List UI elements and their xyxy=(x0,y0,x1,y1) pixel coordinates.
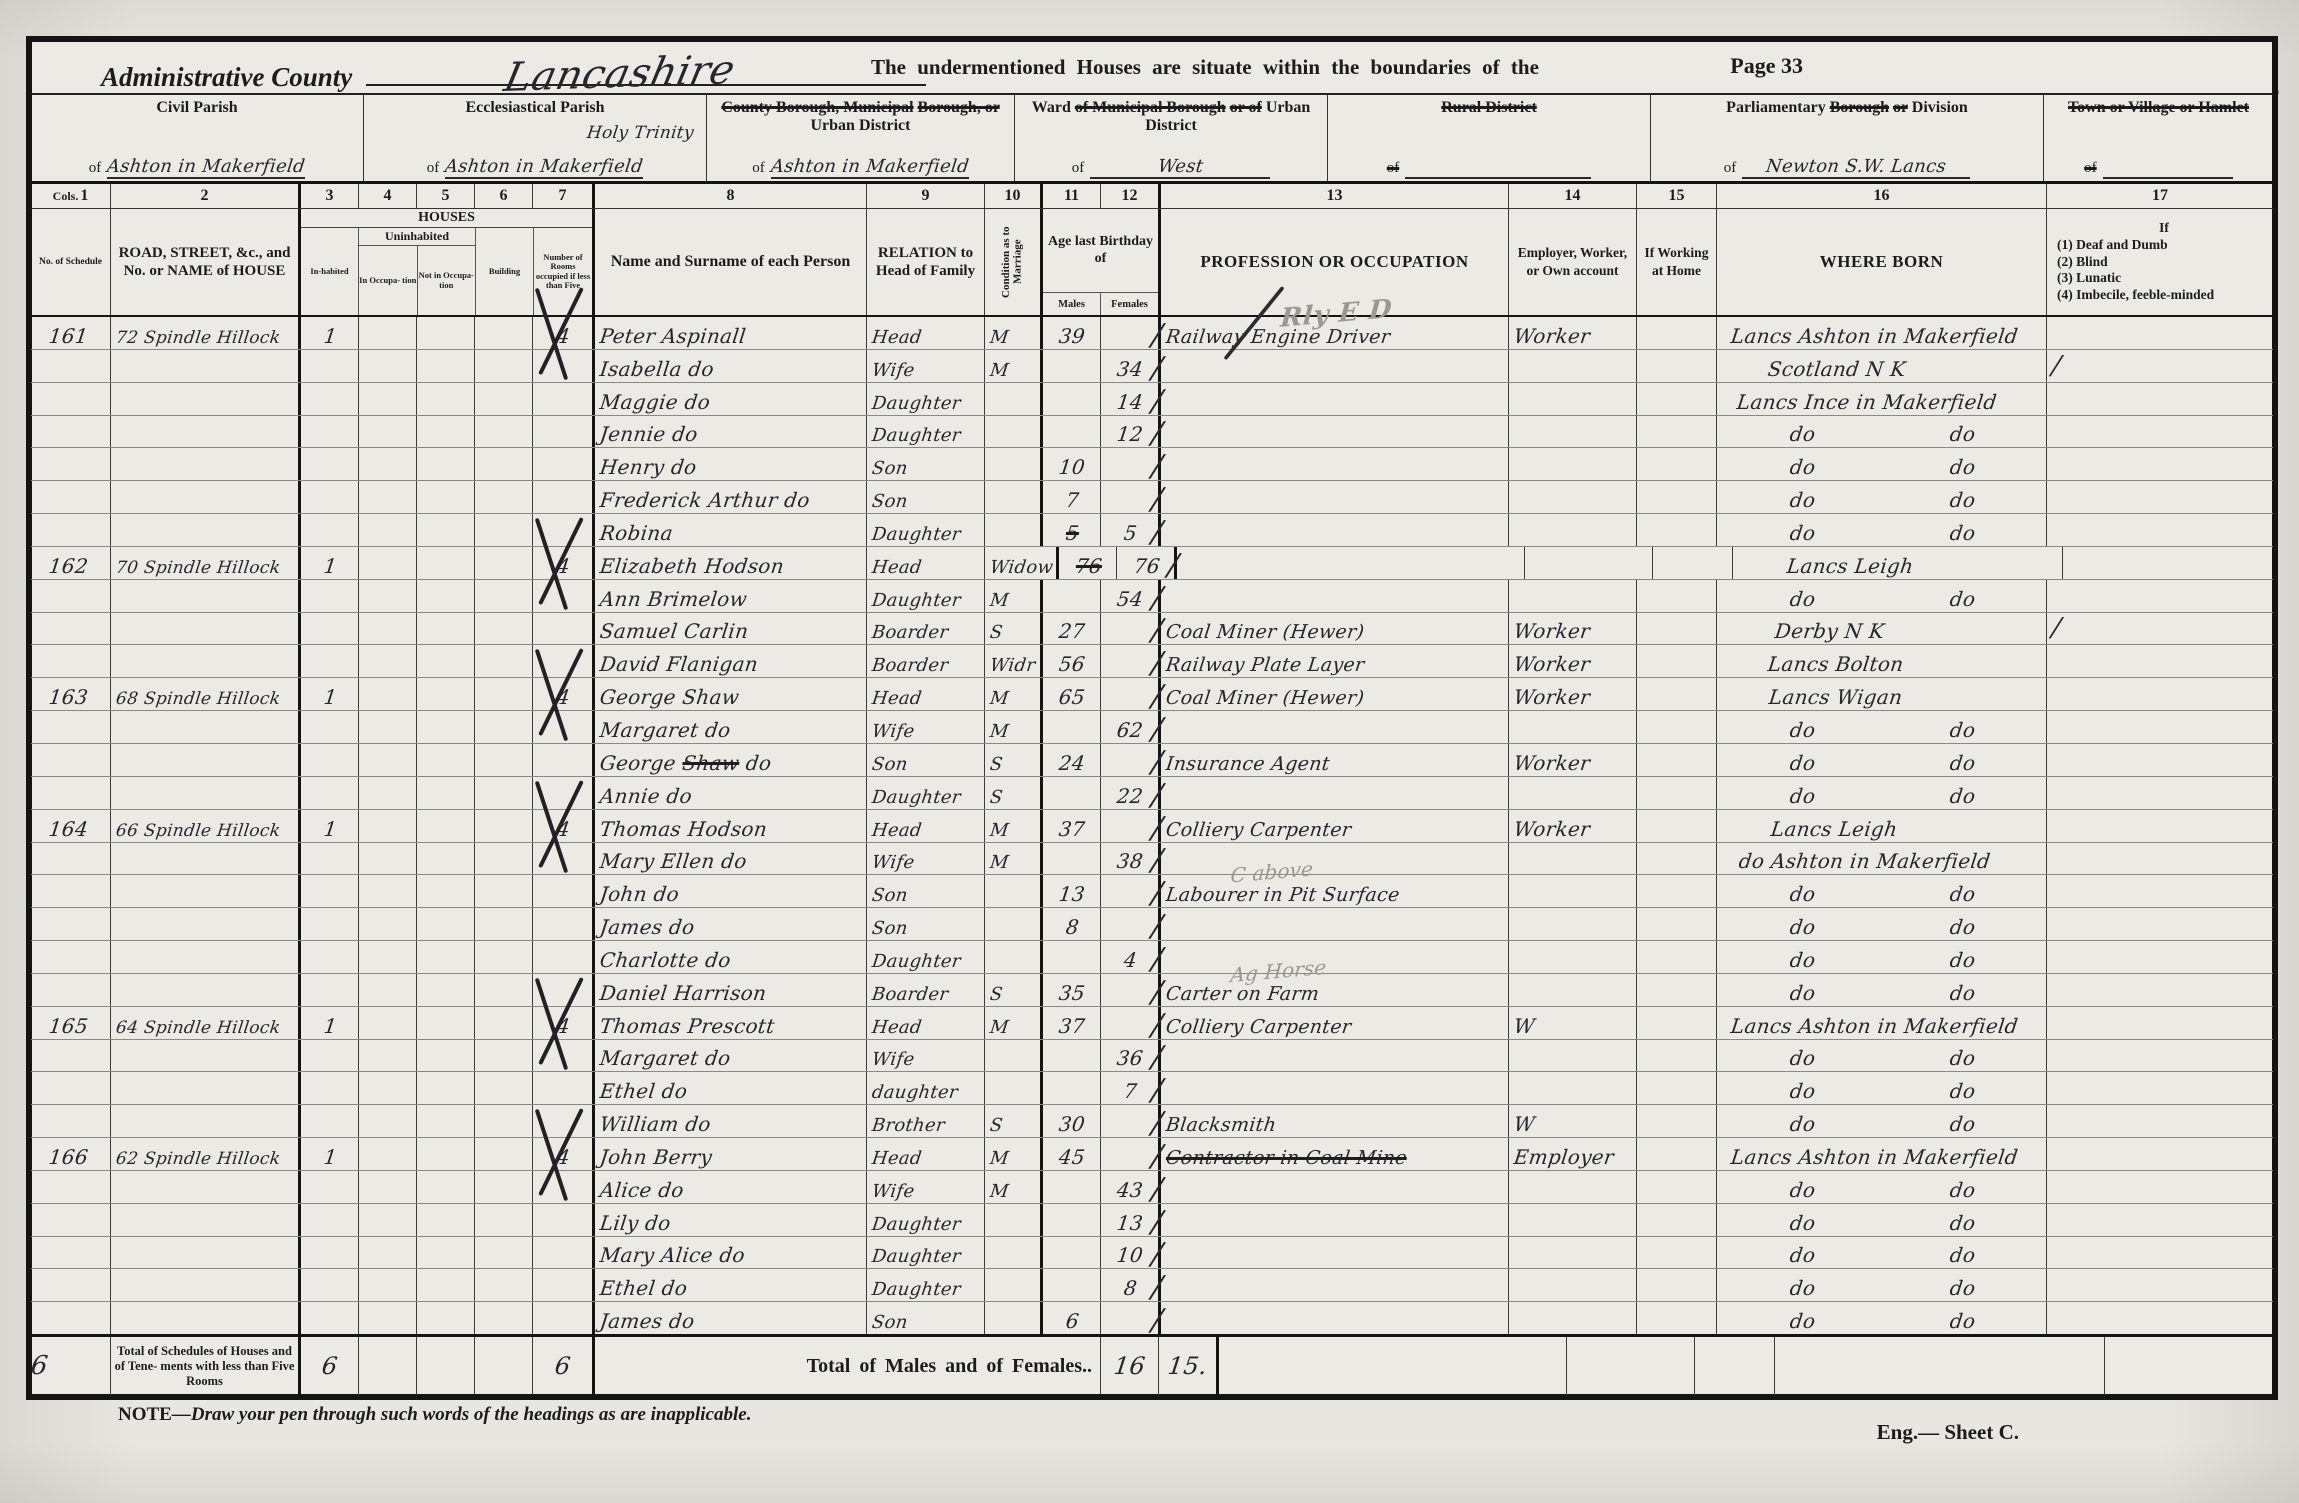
occupation: / xyxy=(1161,711,1509,743)
relation-to-head: Head xyxy=(867,1138,985,1170)
working-at-home-cell xyxy=(1637,875,1717,907)
age-male: 30 xyxy=(1043,1105,1101,1137)
person-name: John Berry xyxy=(595,1138,867,1170)
infirmity-mark xyxy=(2047,1040,2273,1072)
col-number-15: 15 xyxy=(1637,184,1717,208)
rooms-count xyxy=(533,908,595,940)
marriage-condition xyxy=(985,448,1043,480)
rooms-count xyxy=(533,416,595,448)
profession-header: PROFESSION OR OCCUPATION Rly E D xyxy=(1161,209,1509,315)
col-number-17: 17 xyxy=(2047,184,2273,208)
inhabited-mark xyxy=(301,843,359,875)
infirmity-mark xyxy=(2047,1237,2273,1269)
building-cell xyxy=(475,448,533,480)
employment-status xyxy=(1509,1204,1637,1236)
uninhabited-not-occupied-cell xyxy=(417,678,475,710)
relation-to-head: Boarder xyxy=(867,645,985,677)
marriage-condition xyxy=(985,1072,1043,1104)
relation-to-head: Daughter xyxy=(867,514,985,546)
uninhabited-occupied-cell xyxy=(359,1040,417,1072)
marriage-condition: S xyxy=(985,613,1043,645)
total-schedules-value: 6 xyxy=(31,1337,111,1395)
district-column-1: Ecclesiastical ParishHoly TrinityofAshto… xyxy=(364,95,707,181)
occupation: / xyxy=(1161,1269,1509,1301)
relation-to-head: Daughter xyxy=(867,1237,985,1269)
working-at-home-cell xyxy=(1653,547,1733,579)
person-name: Ethel do xyxy=(595,1269,867,1301)
schedule-number xyxy=(31,1105,111,1137)
working-at-home-cell xyxy=(1637,1040,1717,1072)
occupation: / xyxy=(1161,1171,1509,1203)
rooms-count: 4 xyxy=(533,1007,595,1039)
relation-to-head: Son xyxy=(867,908,985,940)
house-address xyxy=(111,875,301,907)
uninhabited-occupied-cell xyxy=(359,613,417,645)
employment-status xyxy=(1509,941,1637,973)
rooms-count xyxy=(533,613,595,645)
occupation: / xyxy=(1161,580,1509,612)
person-name: Charlotte do xyxy=(595,941,867,973)
administrative-county-line: Lancashire xyxy=(366,84,926,86)
age-male: 7 xyxy=(1043,481,1101,513)
schedule-number xyxy=(31,908,111,940)
infirmity-mark xyxy=(2047,580,2273,612)
employment-status xyxy=(1509,875,1637,907)
where-born: dodo xyxy=(1717,1105,2047,1137)
working-at-home-cell xyxy=(1637,317,1717,349)
occupation: / xyxy=(1161,777,1509,809)
infirmity-mark xyxy=(2047,678,2273,710)
relation-to-head: Wife xyxy=(867,1040,985,1072)
col-number-8: 8 xyxy=(595,184,867,208)
house-address xyxy=(111,1171,301,1203)
uninhabited-header-block: Uninhabited In Occupa- tion Not in Occup… xyxy=(359,228,476,315)
building-cell xyxy=(475,974,533,1006)
age-male: 56 xyxy=(1043,645,1101,677)
situate-statement: The undermentioned Houses are situate wi… xyxy=(871,55,1539,80)
age-male: 39 xyxy=(1043,317,1101,349)
employment-status: W xyxy=(1509,1105,1637,1137)
inhabited-mark xyxy=(301,1072,359,1104)
col-number-14: 14 xyxy=(1509,184,1637,208)
where-born: dodo xyxy=(1717,514,2047,546)
inhabited-mark xyxy=(301,974,359,1006)
house-address xyxy=(111,1269,301,1301)
schedule-number: 165 xyxy=(31,1007,111,1039)
person-name: Henry do xyxy=(595,448,867,480)
age-male xyxy=(1043,711,1101,743)
where-born: do Ashton in Makerfield xyxy=(1717,843,2047,875)
schedule-number xyxy=(31,448,111,480)
where-born: Derby N K xyxy=(1717,613,2047,645)
occupation: / xyxy=(1161,1040,1509,1072)
marriage-condition xyxy=(985,941,1043,973)
relation-to-head: Daughter xyxy=(867,383,985,415)
schedule-number xyxy=(31,974,111,1006)
person-name: Margaret do xyxy=(595,1040,867,1072)
working-at-home-cell xyxy=(1637,350,1717,382)
where-born: dodo xyxy=(1717,448,2047,480)
column-numbers-row: Cols.1 2 3 4 5 6 7 8 9 10 11 12 13 14 15… xyxy=(31,184,2273,209)
age-header: Age last Birthday of xyxy=(1043,209,1158,292)
district-value: West xyxy=(1156,156,1204,177)
age-male xyxy=(1043,580,1101,612)
person-name: Robina xyxy=(595,514,867,546)
inhabited-mark: 1 xyxy=(301,547,359,579)
where-born: Lancs Bolton xyxy=(1717,645,2047,677)
occupation: / Ag Horse Carter on Farm xyxy=(1161,974,1509,1006)
relation-to-head: Son xyxy=(867,875,985,907)
working-at-home-cell xyxy=(1637,1204,1717,1236)
working-at-home-cell xyxy=(1637,1138,1717,1170)
schedule-number: 163 xyxy=(31,678,111,710)
employment-status: W xyxy=(1509,1007,1637,1039)
house-address xyxy=(111,1237,301,1269)
employment-status xyxy=(1509,481,1637,513)
age-male: 65 xyxy=(1043,678,1101,710)
rooms-count xyxy=(533,875,595,907)
age-male xyxy=(1043,1237,1101,1269)
houses-header-block: HOUSES In-habited Uninhabited In Occupa-… xyxy=(301,209,595,315)
marriage-condition xyxy=(985,383,1043,415)
schedule-number xyxy=(31,1171,111,1203)
uninhabited-not-occupied-cell xyxy=(417,1138,475,1170)
total-schedules-label: Total of Schedules of Houses and of Tene… xyxy=(111,1337,301,1395)
schedule-number: 164 xyxy=(31,810,111,842)
inhabited-mark xyxy=(301,448,359,480)
person-name: Peter Aspinall xyxy=(595,317,867,349)
totals-spacer-employer xyxy=(1567,1337,1695,1395)
uninhabited-occupied-cell xyxy=(359,1007,417,1039)
uninhabited-occupied-cell xyxy=(359,514,417,546)
uninhabited-occupied-cell xyxy=(359,580,417,612)
infirmity-mark xyxy=(2047,416,2273,448)
uninhabited-not-occupied-cell xyxy=(417,810,475,842)
inhabited-mark xyxy=(301,875,359,907)
not-in-occupation-header: Not in Occupa- tion xyxy=(418,246,476,315)
top-band: Administrative County Lancashire The und… xyxy=(31,41,2273,95)
employment-status xyxy=(1509,1302,1637,1334)
house-address xyxy=(111,908,301,940)
employment-status: Worker xyxy=(1509,810,1637,842)
occupation: / Insurance Agent xyxy=(1161,744,1509,776)
district-value: Ashton in Makerfield xyxy=(444,156,645,177)
where-born: dodo xyxy=(1717,481,2047,513)
working-at-home-cell xyxy=(1637,613,1717,645)
relation-to-head: Wife xyxy=(867,843,985,875)
enumeration-row: Mary Alice do Daughter 10 / dodo xyxy=(31,1237,2273,1270)
building-cell xyxy=(475,1072,533,1104)
total-males: 16 xyxy=(1101,1337,1159,1395)
marriage-condition: M xyxy=(985,843,1043,875)
uninhabited-occupied-cell xyxy=(359,1237,417,1269)
total-rooms: 6 xyxy=(533,1337,595,1395)
district-extra-value: Holy Trinity xyxy=(586,123,695,143)
marriage-condition: M xyxy=(985,678,1043,710)
relation-to-head: Head xyxy=(867,317,985,349)
building-cell xyxy=(475,1302,533,1334)
person-name: Ethel do xyxy=(595,1072,867,1104)
enumeration-row: 162 70 Spindle Hillock 1 4 Elizabeth Hod… xyxy=(31,547,2273,580)
employment-status: Worker xyxy=(1509,678,1637,710)
district-title: Civil Parish xyxy=(37,99,357,117)
enumeration-row: Alice do Wife M 43 / dodo xyxy=(31,1171,2273,1204)
schedule-number xyxy=(31,580,111,612)
marriage-condition xyxy=(985,875,1043,907)
marriage-condition xyxy=(985,1237,1043,1269)
infirmity-mark: / xyxy=(2047,350,2273,382)
infirmity-mark xyxy=(2047,711,2273,743)
working-at-home-cell xyxy=(1637,843,1717,875)
enumeration-row: James do Son 8 / dodo xyxy=(31,908,2273,941)
district-value-line: of xyxy=(2050,160,2267,179)
district-value-line: ofAshton in Makerfield xyxy=(713,156,1008,179)
where-born: dodo xyxy=(1717,1237,2047,1269)
uninhabited-not-occupied-cell xyxy=(417,547,475,579)
col-number-2: 2 xyxy=(111,184,301,208)
person-name: Mary Ellen do xyxy=(595,843,867,875)
relation-to-head: Son xyxy=(867,481,985,513)
column-titles-row: No. of Schedule ROAD, STREET, &c., and N… xyxy=(31,209,2273,317)
district-value-line: ofAshton in Makerfield xyxy=(37,156,357,179)
where-born: dodo xyxy=(1717,1171,2047,1203)
occupation: / xyxy=(1161,416,1509,448)
relation-to-head: Daughter xyxy=(867,580,985,612)
inhabited-mark xyxy=(301,711,359,743)
employment-status xyxy=(1509,777,1637,809)
occupation: / Blacksmith xyxy=(1161,1105,1509,1137)
district-title: Town or Village or Hamlet xyxy=(2050,99,2267,117)
age-male xyxy=(1043,1204,1101,1236)
occupation: / xyxy=(1161,448,1509,480)
uninhabited-occupied-cell xyxy=(359,1269,417,1301)
house-address xyxy=(111,514,301,546)
col-number-5: 5 xyxy=(417,184,475,208)
schedule-number xyxy=(31,1237,111,1269)
enumeration-row: Ethel do Daughter 8 / dodo xyxy=(31,1269,2273,1302)
person-name: Daniel Harrison xyxy=(595,974,867,1006)
building-cell xyxy=(475,416,533,448)
uninhabited-not-occupied-cell xyxy=(417,1171,475,1203)
schedule-number xyxy=(31,1040,111,1072)
col-number-7: 7 xyxy=(533,184,595,208)
building-cell xyxy=(475,645,533,677)
occupation: / Colliery Carpenter xyxy=(1161,810,1509,842)
relation-to-head: Wife xyxy=(867,711,985,743)
uninhabited-occupied-cell xyxy=(359,481,417,513)
marriage-condition xyxy=(985,416,1043,448)
form-footnote: NOTE—Draw your pen through such words of… xyxy=(118,1404,751,1426)
enumeration-row: 166 62 Spindle Hillock 1 4 John Berry He… xyxy=(31,1138,2273,1171)
house-address xyxy=(111,350,301,382)
age-male xyxy=(1043,1072,1101,1104)
inhabited-mark xyxy=(301,514,359,546)
uninhabited-occupied-cell xyxy=(359,547,417,579)
house-address xyxy=(111,1302,301,1334)
person-name: Annie do xyxy=(595,777,867,809)
rooms-count: 4 xyxy=(533,1138,595,1170)
totals-spacer-home xyxy=(1695,1337,1775,1395)
schedule-number xyxy=(31,875,111,907)
rooms-count xyxy=(533,744,595,776)
age-male xyxy=(1043,350,1101,382)
relation-to-head: Head xyxy=(867,547,985,579)
house-address xyxy=(111,613,301,645)
rooms-count: 4 xyxy=(533,810,595,842)
totals-row: 6 Total of Schedules of Houses and of Te… xyxy=(31,1334,2273,1395)
relation-to-head: Wife xyxy=(867,350,985,382)
person-name: Thomas Hodson xyxy=(595,810,867,842)
working-at-home-cell xyxy=(1637,1007,1717,1039)
district-value: Newton S.W. Lancs xyxy=(1765,156,1948,177)
employment-status xyxy=(1509,1237,1637,1269)
uninhabited-not-occupied-cell xyxy=(417,875,475,907)
age-male xyxy=(1043,1171,1101,1203)
where-born: dodo xyxy=(1717,1204,2047,1236)
marriage-condition xyxy=(985,1204,1043,1236)
uninhabited-occupied-cell xyxy=(359,711,417,743)
administrative-county-label: Administrative County xyxy=(101,62,352,93)
infirmity-mark xyxy=(2047,777,2273,809)
building-cell xyxy=(475,383,533,415)
rooms-count: 4 xyxy=(533,317,595,349)
house-address xyxy=(111,1040,301,1072)
working-at-home-cell xyxy=(1637,711,1717,743)
inhabited-mark xyxy=(301,613,359,645)
house-address xyxy=(111,580,301,612)
schedule-number: 161 xyxy=(31,317,111,349)
district-title: Rural District xyxy=(1334,99,1644,117)
inhabited-mark xyxy=(301,350,359,382)
inhabited-mark xyxy=(301,645,359,677)
district-value: Ashton in Makerfield xyxy=(106,156,307,177)
infirmity-mark xyxy=(2047,1105,2273,1137)
person-name: Samuel Carlin xyxy=(595,613,867,645)
uninhabited-not-occupied-cell xyxy=(417,941,475,973)
schedule-number xyxy=(31,744,111,776)
enumeration-row: Samuel Carlin Boarder S 27 / Coal Miner … xyxy=(31,613,2273,646)
enumeration-row: Jennie do Daughter 12 / dodo xyxy=(31,416,2273,449)
employment-status xyxy=(1509,350,1637,382)
occupation: / xyxy=(1161,481,1509,513)
relation-to-head: daughter xyxy=(867,1072,985,1104)
inhabited-mark xyxy=(301,580,359,612)
age-male: 6 xyxy=(1043,1302,1101,1334)
employment-status: Employer xyxy=(1509,1138,1637,1170)
where-born: dodo xyxy=(1717,777,2047,809)
administrative-county-value: Lancashire xyxy=(502,54,738,94)
uninhabited-not-occupied-cell xyxy=(417,1204,475,1236)
employment-status xyxy=(1509,514,1637,546)
working-at-home-cell xyxy=(1637,416,1717,448)
district-column-2: County Borough, Municipal Borough, or Ur… xyxy=(707,95,1015,181)
working-at-home-cell xyxy=(1637,645,1717,677)
occupation: / Coal Miner (Hewer) xyxy=(1161,613,1509,645)
schedule-number xyxy=(31,416,111,448)
where-born: dodo xyxy=(1717,416,2047,448)
enumeration-row: David Flanigan Boarder Widr 56 / Railway… xyxy=(31,645,2273,678)
census-form-frame: Administrative County Lancashire The und… xyxy=(26,36,2278,1400)
name-surname-header: Name and Surname of each Person xyxy=(595,209,867,315)
person-name: Thomas Prescott xyxy=(595,1007,867,1039)
marriage-condition: Widow xyxy=(985,547,1059,579)
enumeration-row: Mary Ellen do Wife M 38 / do Ashton in M… xyxy=(31,843,2273,876)
district-column-5: Parliamentary Borough or DivisionofNewto… xyxy=(1651,95,2044,181)
building-cell xyxy=(475,744,533,776)
building-cell xyxy=(475,1138,533,1170)
employment-status xyxy=(1525,547,1653,579)
employment-status xyxy=(1509,383,1637,415)
house-address xyxy=(111,645,301,677)
uninhabited-not-occupied-cell xyxy=(417,481,475,513)
working-at-home-cell xyxy=(1637,383,1717,415)
enumeration-row: 165 64 Spindle Hillock 1 4 Thomas Presco… xyxy=(31,1007,2273,1040)
enumeration-row: 164 66 Spindle Hillock 1 4 Thomas Hodson… xyxy=(31,810,2273,843)
person-name: Alice do xyxy=(595,1171,867,1203)
schedule-number xyxy=(31,383,111,415)
house-address xyxy=(111,843,301,875)
inhabited-mark: 1 xyxy=(301,1138,359,1170)
where-born: dodo xyxy=(1717,744,2047,776)
uninhabited-occupied-cell xyxy=(359,678,417,710)
occupation: / xyxy=(1161,1072,1509,1104)
rooms-count xyxy=(533,1302,595,1334)
employment-status xyxy=(1509,711,1637,743)
house-address xyxy=(111,481,301,513)
building-cell xyxy=(475,613,533,645)
house-address: 64 Spindle Hillock xyxy=(111,1007,301,1039)
where-born: Lancs Leigh xyxy=(1733,547,2063,579)
working-at-home-cell xyxy=(1637,678,1717,710)
district-value-line: ofAshton in Makerfield xyxy=(370,156,700,179)
occupation: / Contractor in Coal Mine xyxy=(1161,1138,1509,1170)
uninhabited-occupied-cell xyxy=(359,383,417,415)
working-at-home-cell xyxy=(1637,1302,1717,1334)
district-value: Ashton in Makerfield xyxy=(769,156,970,177)
rooms-count xyxy=(533,1204,595,1236)
relation-to-head: Daughter xyxy=(867,777,985,809)
employment-status xyxy=(1509,1040,1637,1072)
district-title: Parliamentary Borough or Division xyxy=(1657,99,2037,117)
working-at-home-cell xyxy=(1637,974,1717,1006)
marriage-condition xyxy=(985,1269,1043,1301)
inhabited-mark xyxy=(301,1302,359,1334)
working-at-home-cell xyxy=(1637,448,1717,480)
house-address xyxy=(111,448,301,480)
houses-header: HOUSES xyxy=(301,209,592,228)
infirmity-mark xyxy=(2047,448,2273,480)
working-at-home-cell xyxy=(1637,908,1717,940)
where-born: Lancs Wigan xyxy=(1717,678,2047,710)
house-address xyxy=(111,974,301,1006)
uninhabited-not-occupied-cell xyxy=(417,645,475,677)
uninhabited-occupied-cell xyxy=(359,974,417,1006)
age-header-block: Age last Birthday of Males Females xyxy=(1043,209,1161,315)
district-title: County Borough, Municipal Borough, or Ur… xyxy=(713,99,1008,136)
infirmity-mark xyxy=(2047,1072,2273,1104)
where-born: Lancs Ashton in Makerfield xyxy=(1717,1138,2047,1170)
occupation: / xyxy=(1161,1237,1509,1269)
marriage-condition: M xyxy=(985,1007,1043,1039)
employment-status xyxy=(1509,416,1637,448)
females-header: Females xyxy=(1101,293,1158,315)
relation-to-head: Daughter xyxy=(867,1269,985,1301)
employment-status xyxy=(1509,1171,1637,1203)
working-at-home-cell xyxy=(1637,810,1717,842)
employment-status xyxy=(1509,448,1637,480)
age-male: 45 xyxy=(1043,1138,1101,1170)
infirmity-mark xyxy=(2047,514,2273,546)
